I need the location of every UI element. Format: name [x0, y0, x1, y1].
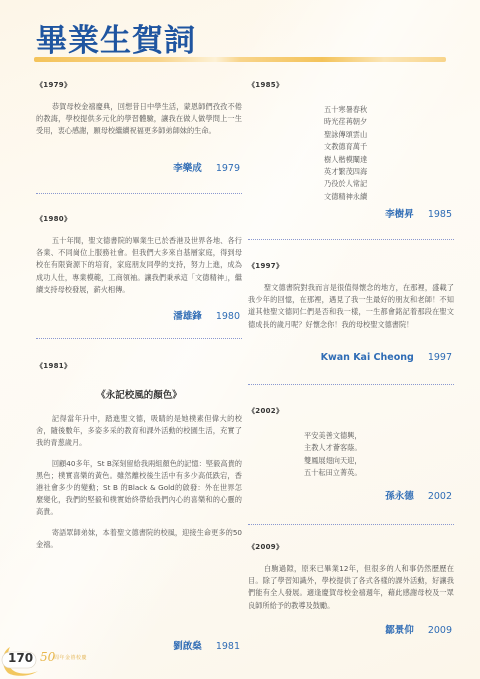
entry-paragraph: 回顧40多年，St B深刻留給我兩組顏色的記憶：堅毅高貴的黑色；樸實喜樂的黃色。…: [36, 458, 242, 519]
poem-line: 文教德育萬千: [324, 141, 454, 153]
entry-1979: 《1979》 恭賀母校金禧慶典，回想昔日中學生活，蒙恩師們孜孜不倦的教誨，學校提…: [36, 80, 242, 138]
year-tag: 《1981》: [36, 361, 242, 371]
anniversary-text: 周年金禧校慶: [54, 654, 87, 661]
poem-line: 五十寒暑春秋: [324, 104, 454, 116]
author-year: 2002: [428, 491, 452, 502]
author-signature: 李樂成1979: [173, 160, 240, 174]
author-signature: 李樹昇1985: [385, 206, 452, 220]
year-tag: 《1980》: [36, 214, 242, 224]
entry-paragraph: 五十年間，聖文德書院的畢業生已於香港及世界各地、各行各業、不同崗位上服務社會。但…: [36, 235, 242, 296]
author-name: 孫永德: [385, 491, 414, 502]
poem-line: 時光荏苒朝夕: [324, 116, 454, 128]
year-tag: 《1997》: [248, 261, 454, 271]
author-name: 潘雄鋒: [173, 311, 202, 322]
dotted-divider: [248, 524, 454, 525]
author-year: 1985: [428, 209, 452, 220]
author-year: 1981: [216, 641, 240, 652]
year-tag: 《2009》: [248, 542, 454, 552]
author-name: 劉啟燊: [173, 641, 202, 652]
year-tag: 《1985》: [248, 80, 454, 90]
dotted-divider: [248, 239, 454, 240]
author-year: 2009: [428, 625, 452, 636]
author-signature: 劉啟燊1981: [173, 638, 240, 652]
author-name: 鄒景仰: [385, 625, 414, 636]
poem-line: 主教人才薈客蔭。: [304, 442, 454, 454]
author-signature: 孫永德2002: [385, 488, 452, 502]
dotted-divider: [248, 384, 454, 385]
poem-line: 文德精神永續: [324, 191, 454, 203]
entry-1980: 《1980》 五十年間，聖文德書院的畢業生已於香港及世界各地、各行各業、不同崗位…: [36, 214, 242, 296]
poem-line: 五十耘田立菁英。: [304, 467, 454, 479]
author-signature: 潘雄鋒1980: [173, 308, 240, 322]
entry-1997: 《1997》 聖文德書院對我而言是很值得懷念的地方，在那裡，盛載了我少年的回憶，…: [248, 261, 454, 331]
poem-line: 樹人楷模闡達: [324, 154, 454, 166]
dotted-divider: [36, 193, 242, 194]
poem-line: 平安美善文德興，: [304, 430, 454, 442]
year-tag: 《1979》: [36, 80, 242, 90]
entry-1981: 《1981》 《永記校風的顏色》 記得當年升中，踏進聖文德，吸睛的是她樸素但偉大…: [36, 361, 242, 551]
page-number: 170: [8, 651, 33, 665]
author-year: 1979: [216, 163, 240, 174]
author-year: 1980: [216, 311, 240, 322]
entry-1985: 《1985》 五十寒暑春秋 時光荏苒朝夕 聖詠傳頌雲山 文教德育萬千 樹人楷模闡…: [248, 80, 454, 203]
year-tag: 《2002》: [248, 406, 454, 416]
entry-paragraph: 恭賀母校金禧慶典，回想昔日中學生活，蒙恩師們孜孜不倦的教誨，學校提供多元化的學習…: [36, 101, 242, 138]
entry-paragraph: 白駒過隙，原來已畢業12年，但很多的人和事仍然歷歷在目。除了學習知識外，學校提供…: [248, 563, 454, 612]
author-signature: 鄒景仰2009: [385, 622, 452, 636]
poem-line: 英才繁茂四海: [324, 166, 454, 178]
title-underline: [34, 57, 446, 62]
author-name: 李樂成: [173, 163, 202, 174]
dotted-divider: [36, 338, 242, 339]
author-signature: Kwan Kai Cheong1997: [321, 352, 452, 363]
author-name: Kwan Kai Cheong: [321, 352, 414, 363]
entry-2009: 《2009》 白駒過隙，原來已畢業12年，但很多的人和事仍然歷歷在目。除了學習知…: [248, 542, 454, 612]
entry-paragraph: 聖文德書院對我而言是很值得懷念的地方，在那裡，盛載了我少年的回憶，在那裡，遇見了…: [248, 282, 454, 331]
poem-line: 聖詠傳頌雲山: [324, 129, 454, 141]
entry-2002: 《2002》 平安美善文德興， 主教人才薈客蔭。 雙鳳展翅向天迎， 五十耘田立菁…: [248, 406, 454, 480]
poem: 平安美善文德興， 主教人才薈客蔭。 雙鳳展翅向天迎， 五十耘田立菁英。: [248, 430, 454, 480]
author-year: 1997: [428, 352, 452, 363]
poem-line: 雙鳳展翅向天迎，: [304, 455, 454, 467]
page-title: 畢業生賀詞: [36, 15, 196, 60]
author-name: 李樹昇: [385, 209, 414, 220]
anniversary-logo: 50: [40, 650, 55, 664]
poem: 五十寒暑春秋 時光荏苒朝夕 聖詠傳頌雲山 文教德育萬千 樹人楷模闡達 英才繁茂四…: [248, 104, 454, 203]
poem-line: 乃役於人常記: [324, 178, 454, 190]
entry-paragraph: 寄語眾師弟妹，本着聖文德書院的校風，迎接生命更多的50金禧。: [36, 527, 242, 551]
entry-heading: 《永記校風的顏色》: [36, 387, 242, 401]
entry-paragraph: 記得當年升中，踏進聖文德，吸睛的是她樸素但偉大的校舍，隨後數年，多姿多采的教育和…: [36, 413, 242, 450]
